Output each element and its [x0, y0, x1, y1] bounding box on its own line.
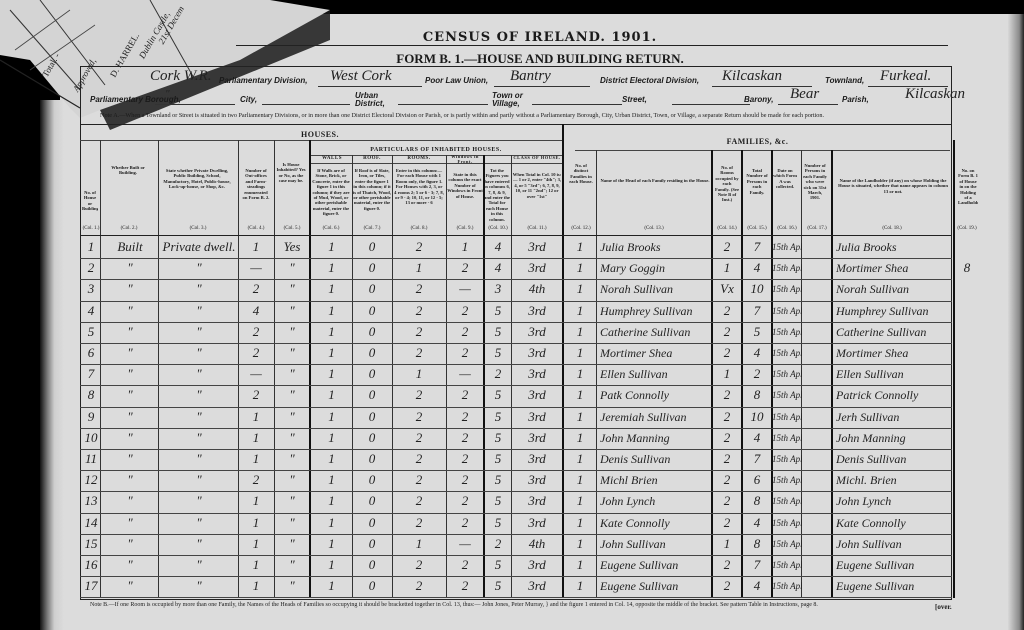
col-families: 1 — [564, 577, 596, 595]
col-holding-number — [955, 344, 979, 362]
col-families: 1 — [564, 365, 596, 383]
col-built: " — [102, 556, 158, 574]
col-windows: 2 — [446, 344, 484, 362]
col-house-number: 16 — [80, 556, 102, 574]
col-persons: 7 — [742, 450, 772, 468]
col-building-type: " — [160, 471, 238, 489]
col-house-number: 10 — [80, 429, 102, 447]
poor-law-union-label: Poor Law Union, — [425, 76, 488, 85]
col-windows: — — [446, 535, 484, 553]
col-sick — [802, 577, 832, 595]
col-families: 1 — [564, 386, 596, 404]
col-inhabited: " — [274, 492, 310, 510]
col-head-of-family: Mary Goggin — [600, 259, 710, 277]
col-walls: 1 — [311, 471, 352, 489]
col-holding-number — [955, 471, 979, 489]
col-built: " — [102, 514, 158, 532]
col-date-collected: 15th Apl — [772, 492, 802, 510]
col-persons: 7 — [742, 556, 772, 574]
col-1-number: (Col. 1.) — [80, 226, 102, 231]
col-class: 3rd — [512, 302, 562, 320]
col-4-header: Number of Out-offices and Farm-steadings… — [242, 168, 270, 200]
col-holding-number — [955, 514, 979, 532]
col-persons: 5 — [742, 323, 772, 341]
col-class: 3rd — [512, 365, 562, 383]
col-inhabited: " — [274, 514, 310, 532]
rule — [310, 163, 562, 164]
col-house-number: 1 — [80, 238, 102, 256]
col-out-offices: 2 — [238, 471, 274, 489]
col-sick — [802, 429, 832, 447]
col-landholder: John Manning — [836, 429, 952, 447]
col-sick — [802, 471, 832, 489]
col-12-number: (Col. 12.) — [566, 226, 596, 231]
col-15-number: (Col. 15.) — [742, 226, 772, 231]
col-10-header: Tot the Figures you have entered in colu… — [484, 168, 510, 222]
field-underline — [778, 104, 838, 105]
col-total: 4 — [485, 238, 511, 256]
col-families: 1 — [564, 302, 596, 320]
col-total: 5 — [485, 514, 511, 532]
col-5-header: Is House Inhabited? Yes or No, as the ca… — [276, 162, 306, 184]
col-walls: 1 — [311, 556, 352, 574]
col-building-type: " — [160, 344, 238, 362]
col-house-number: 9 — [80, 408, 102, 426]
col-total: 5 — [485, 471, 511, 489]
grid-line — [596, 150, 597, 598]
col-landholder: Mortimer Shea — [836, 259, 952, 277]
col-head-of-family: Denis Sullivan — [600, 450, 710, 468]
col-building-type: " — [160, 514, 238, 532]
col-sick — [802, 514, 832, 532]
col-rooms: 2 — [392, 514, 446, 532]
col-house-number: 7 — [80, 365, 102, 383]
col-date-collected: 15th Apl — [772, 344, 802, 362]
ded-value: Kilcaskan — [722, 68, 782, 85]
col-walls: 1 — [311, 259, 352, 277]
col-rooms-occupied: 2 — [712, 323, 742, 341]
col-5-number: (Col. 5.) — [274, 226, 310, 231]
col-14-number: (Col. 14.) — [712, 226, 742, 231]
col-out-offices: 1 — [238, 556, 274, 574]
col-holding-number — [955, 323, 979, 341]
col-roof: 0 — [352, 514, 392, 532]
col-families: 1 — [564, 344, 596, 362]
col-built: " — [102, 535, 158, 553]
col-rooms: 2 — [392, 386, 446, 404]
col-rooms-occupied: 2 — [712, 556, 742, 574]
col-total: 5 — [485, 492, 511, 510]
col-persons: 4 — [742, 259, 772, 277]
col-windows: 2 — [446, 323, 484, 341]
parish-value: Kilcaskan — [905, 86, 965, 103]
col-19-number: (Col. 19.) — [954, 226, 980, 231]
col-inhabited: " — [274, 556, 310, 574]
col-out-offices: — — [238, 259, 274, 277]
poor-law-union-value: Bantry — [510, 68, 551, 85]
col-date-collected: 15th Apl — [772, 450, 802, 468]
col-class: 3rd — [512, 259, 562, 277]
col-total: 5 — [485, 408, 511, 426]
col-sick — [802, 408, 832, 426]
parish-label: Parish, — [842, 95, 869, 104]
col-class: 3rd — [512, 577, 562, 595]
col-holding-number — [955, 577, 979, 595]
col-walls: 1 — [311, 344, 352, 362]
col-roof: 0 — [352, 259, 392, 277]
field-underline — [155, 104, 235, 105]
col-rooms: 2 — [392, 302, 446, 320]
ded-label: District Electoral Division, — [600, 76, 699, 85]
col-landholder: Jerh Sullivan — [836, 408, 952, 426]
col-walls: 1 — [311, 450, 352, 468]
col-head-of-family: John Sullivan — [600, 535, 710, 553]
col-out-offices: 1 — [238, 450, 274, 468]
subsection-roof: ROOF. — [352, 156, 392, 161]
col-roof: 0 — [352, 238, 392, 256]
col-13-header: Name of the Head of each Family residing… — [600, 178, 710, 183]
col-head-of-family: Humphrey Sullivan — [600, 302, 710, 320]
page-right-edge — [1008, 14, 1024, 630]
col-inhabited: " — [274, 259, 310, 277]
col-rooms: 2 — [392, 556, 446, 574]
col-13-number: (Col. 13.) — [596, 226, 712, 231]
col-11-number: (Col. 11.) — [512, 226, 562, 231]
col-walls: 1 — [311, 577, 352, 595]
col-inhabited: " — [274, 429, 310, 447]
col-building-type: " — [160, 492, 238, 510]
col-sick — [802, 259, 832, 277]
col-landholder: Ellen Sullivan — [836, 365, 952, 383]
col-rooms-occupied: 2 — [712, 450, 742, 468]
col-house-number: 4 — [80, 302, 102, 320]
col-house-number: 13 — [80, 492, 102, 510]
col-roof: 0 — [352, 471, 392, 489]
col-total: 5 — [485, 450, 511, 468]
col-class: 4th — [512, 535, 562, 553]
col-8-number: (Col. 8.) — [392, 226, 446, 231]
col-inhabited: Yes — [274, 238, 310, 256]
col-inhabited: " — [274, 365, 310, 383]
townland-value: Furkeal. — [880, 68, 931, 85]
col-persons: 4 — [742, 514, 772, 532]
grid-line — [158, 140, 159, 598]
col-sick — [802, 302, 832, 320]
col-windows: 2 — [446, 302, 484, 320]
col-sick — [802, 492, 832, 510]
col-built: " — [102, 577, 158, 595]
col-persons: 8 — [742, 535, 772, 553]
col-house-number: 8 — [80, 386, 102, 404]
col-families: 1 — [564, 492, 596, 510]
col-out-offices: 4 — [238, 302, 274, 320]
col-date-collected: 15th Apl — [772, 302, 802, 320]
col-rooms: 1 — [392, 259, 446, 277]
col-18-header: Name of the Landholder (if any) on whose… — [838, 178, 948, 194]
col-holding-number — [955, 365, 979, 383]
col-rooms-occupied: 2 — [712, 471, 742, 489]
field-underline — [532, 104, 622, 105]
col-persons: 8 — [742, 492, 772, 510]
col-holding-number — [955, 450, 979, 468]
rule — [80, 140, 562, 141]
col-walls: 1 — [311, 323, 352, 341]
col-head-of-family: Norah Sullivan — [600, 280, 710, 298]
col-families: 1 — [564, 556, 596, 574]
col-families: 1 — [564, 323, 596, 341]
col-inhabited: " — [274, 386, 310, 404]
col-rooms-occupied: 2 — [712, 344, 742, 362]
col-walls: 1 — [311, 280, 352, 298]
barony-value: Bear — [790, 86, 819, 103]
subsection-rooms: ROOMS. — [394, 156, 444, 161]
col-built: " — [102, 429, 158, 447]
town-village-label: Town or Village, — [492, 92, 532, 108]
col-date-collected: 15th Apl — [772, 386, 802, 404]
col-holding-number — [955, 302, 979, 320]
col-persons: 4 — [742, 577, 772, 595]
col-house-number: 15 — [80, 535, 102, 553]
col-7-number: (Col. 7.) — [352, 226, 392, 231]
col-landholder: Eugene Sullivan — [836, 577, 952, 595]
field-underline — [494, 86, 590, 87]
rule — [80, 235, 952, 236]
col-inhabited: " — [274, 535, 310, 553]
col-14-header: No. of Rooms occupied by each Family. (S… — [715, 165, 739, 203]
col-built: " — [102, 471, 158, 489]
col-sick — [802, 535, 832, 553]
col-rooms: 2 — [392, 408, 446, 426]
field-underline — [398, 104, 488, 105]
col-rooms-occupied: Vx — [712, 280, 742, 298]
col-sick — [802, 386, 832, 404]
parliamentary-division-label: Parliamentary Division, — [219, 76, 307, 85]
col-rooms-occupied: 2 — [712, 429, 742, 447]
col-date-collected: 15th Apl — [772, 408, 802, 426]
col-holding-number: 8 — [955, 259, 979, 277]
col-building-type: " — [160, 365, 238, 383]
col-rooms: 2 — [392, 344, 446, 362]
county-value: Cork W.R. — [150, 68, 212, 85]
col-built: " — [102, 365, 158, 383]
col-11-header: When Total in Col. 10 is:— 1 or 2, enter… — [512, 172, 562, 199]
col-house-number: 3 — [80, 280, 102, 298]
col-building-type: Private dwell. — [160, 238, 238, 256]
col-9-number: (Col. 9.) — [446, 226, 484, 231]
col-house-number: 5 — [80, 323, 102, 341]
col-walls: 1 — [311, 535, 352, 553]
col-landholder: Mortimer Shea — [836, 344, 952, 362]
col-rooms-occupied: 2 — [712, 577, 742, 595]
col-building-type: " — [160, 280, 238, 298]
col-2-number: (Col. 2.) — [100, 226, 158, 231]
page-binding-edge — [40, 100, 64, 630]
col-class: 3rd — [512, 492, 562, 510]
townland-label: Townland, — [825, 76, 864, 85]
city-label: City, — [240, 95, 257, 104]
col-total: 3 — [485, 280, 511, 298]
col-4-number: (Col. 4.) — [238, 226, 274, 231]
col-total: 5 — [485, 344, 511, 362]
col-inhabited: " — [274, 577, 310, 595]
col-building-type: " — [160, 577, 238, 595]
col-windows: 2 — [446, 492, 484, 510]
col-landholder: Michl. Brien — [836, 471, 952, 489]
col-landholder: John Lynch — [836, 492, 952, 510]
col-inhabited: " — [274, 323, 310, 341]
field-underline — [672, 104, 750, 105]
col-windows: 2 — [446, 514, 484, 532]
col-building-type: " — [160, 408, 238, 426]
col-sick — [802, 280, 832, 298]
col-persons: 7 — [742, 238, 772, 256]
col-inhabited: " — [274, 408, 310, 426]
col-class: 3rd — [512, 514, 562, 532]
col-roof: 0 — [352, 408, 392, 426]
col-16-number: (Col. 16.) — [772, 226, 802, 231]
col-out-offices: — — [238, 365, 274, 383]
col-families: 1 — [564, 238, 596, 256]
col-rooms-occupied: 2 — [712, 408, 742, 426]
col-families: 1 — [564, 514, 596, 532]
col-walls: 1 — [311, 365, 352, 383]
col-out-offices: 1 — [238, 492, 274, 510]
col-total: 5 — [485, 577, 511, 595]
col-landholder: Kate Connolly — [836, 514, 952, 532]
section-families: FAMILIES, &c. — [565, 137, 950, 146]
col-house-number: 6 — [80, 344, 102, 362]
col-holding-number — [955, 535, 979, 553]
col-persons: 4 — [742, 344, 772, 362]
col-class: 4th — [512, 280, 562, 298]
col-head-of-family: Ellen Sullivan — [600, 365, 710, 383]
col-1-header: No. of House or Building. — [82, 190, 98, 212]
subsection-windows: Windows in Front. — [446, 154, 484, 164]
col-class: 3rd — [512, 429, 562, 447]
col-landholder: Julia Brooks — [836, 238, 952, 256]
col-2-header: Whether Built or Building. — [102, 165, 154, 176]
col-persons: 4 — [742, 429, 772, 447]
col-building-type: " — [160, 302, 238, 320]
col-class: 3rd — [512, 323, 562, 341]
col-head-of-family: Julia Brooks — [600, 238, 710, 256]
form-title: FORM B. 1.—HOUSE AND BUILDING RETURN. — [330, 51, 750, 67]
col-head-of-family: Eugene Sullivan — [600, 577, 710, 595]
col-house-number: 11 — [80, 450, 102, 468]
col-3-number: (Col. 3.) — [158, 226, 238, 231]
col-rooms-occupied: 1 — [712, 365, 742, 383]
col-inhabited: " — [274, 450, 310, 468]
col-9-header: State in this column the exact Number of… — [447, 172, 483, 199]
col-families: 1 — [564, 450, 596, 468]
col-total: 5 — [485, 429, 511, 447]
col-out-offices: 1 — [238, 535, 274, 553]
parliamentary-division-value: West Cork — [330, 68, 392, 85]
col-rooms: 2 — [392, 492, 446, 510]
col-total: 2 — [485, 365, 511, 383]
col-16-header: Date on which Form A was collected. — [773, 168, 797, 190]
col-roof: 0 — [352, 556, 392, 574]
col-rooms: 2 — [392, 471, 446, 489]
col-sick — [802, 450, 832, 468]
col-out-offices: 2 — [238, 323, 274, 341]
col-built: " — [102, 259, 158, 277]
col-6-header: If Walls are of Stone, Brick, or Concret… — [312, 168, 350, 217]
col-date-collected: 15th Apl — [772, 556, 802, 574]
col-building-type: " — [160, 386, 238, 404]
col-landholder: Catherine Sullivan — [836, 323, 952, 341]
col-total: 5 — [485, 302, 511, 320]
col-persons: 10 — [742, 280, 772, 298]
col-head-of-family: John Lynch — [600, 492, 710, 510]
col-holding-number — [955, 280, 979, 298]
col-date-collected: 15th Apl — [772, 535, 802, 553]
col-walls: 1 — [311, 386, 352, 404]
col-house-number: 12 — [80, 471, 102, 489]
col-building-type: " — [160, 535, 238, 553]
col-building-type: " — [160, 556, 238, 574]
col-rooms-occupied: 2 — [712, 514, 742, 532]
col-date-collected: 15th Apl — [772, 259, 802, 277]
col-rooms: 2 — [392, 238, 446, 256]
col-landholder: Humphrey Sullivan — [836, 302, 952, 320]
col-roof: 0 — [352, 280, 392, 298]
col-head-of-family: Michl Brien — [600, 471, 710, 489]
col-out-offices: 1 — [238, 408, 274, 426]
col-house-number: 17 — [80, 577, 102, 595]
col-class: 3rd — [512, 450, 562, 468]
col-19-header: No. on Form B. 1 of House in on the Hold… — [958, 168, 978, 206]
col-total: 2 — [485, 535, 511, 553]
col-building-type: " — [160, 323, 238, 341]
col-rooms: 2 — [392, 323, 446, 341]
urban-district-label: Urban District, — [355, 92, 395, 108]
col-built: " — [102, 302, 158, 320]
col-roof: 0 — [352, 344, 392, 362]
col-landholder: Denis Sullivan — [836, 450, 952, 468]
header-rule — [236, 45, 948, 46]
barony-label: Barony, — [744, 95, 774, 104]
note-b: Note B.—If one Room is occupied by more … — [90, 602, 818, 608]
census-header: CENSUS OF IRELAND. 1901. — [370, 30, 710, 45]
col-8-header: Enter in this column:— For each House wi… — [394, 168, 444, 206]
col-out-offices: 2 — [238, 280, 274, 298]
col-rooms-occupied: 2 — [712, 386, 742, 404]
col-families: 1 — [564, 471, 596, 489]
col-head-of-family: Kate Connolly — [600, 514, 710, 532]
col-total: 5 — [485, 386, 511, 404]
col-inhabited: " — [274, 280, 310, 298]
subsection-class: CLASS OF HOUSE. — [512, 155, 562, 160]
col-rooms-occupied: 1 — [712, 535, 742, 553]
col-building-type: " — [160, 259, 238, 277]
col-rooms-occupied: 1 — [712, 259, 742, 277]
col-out-offices: 1 — [238, 429, 274, 447]
col-holding-number — [955, 386, 979, 404]
col-head-of-family: John Manning — [600, 429, 710, 447]
col-holding-number — [955, 408, 979, 426]
col-roof: 0 — [352, 429, 392, 447]
col-built: " — [102, 344, 158, 362]
col-families: 1 — [564, 259, 596, 277]
col-6-number: (Col. 6.) — [310, 226, 352, 231]
footer-over-mark: [over. — [935, 603, 952, 611]
col-date-collected: 15th Apl — [772, 365, 802, 383]
col-windows: — — [446, 365, 484, 383]
col-sick — [802, 323, 832, 341]
col-windows: 2 — [446, 429, 484, 447]
col-date-collected: 15th Apl — [772, 280, 802, 298]
